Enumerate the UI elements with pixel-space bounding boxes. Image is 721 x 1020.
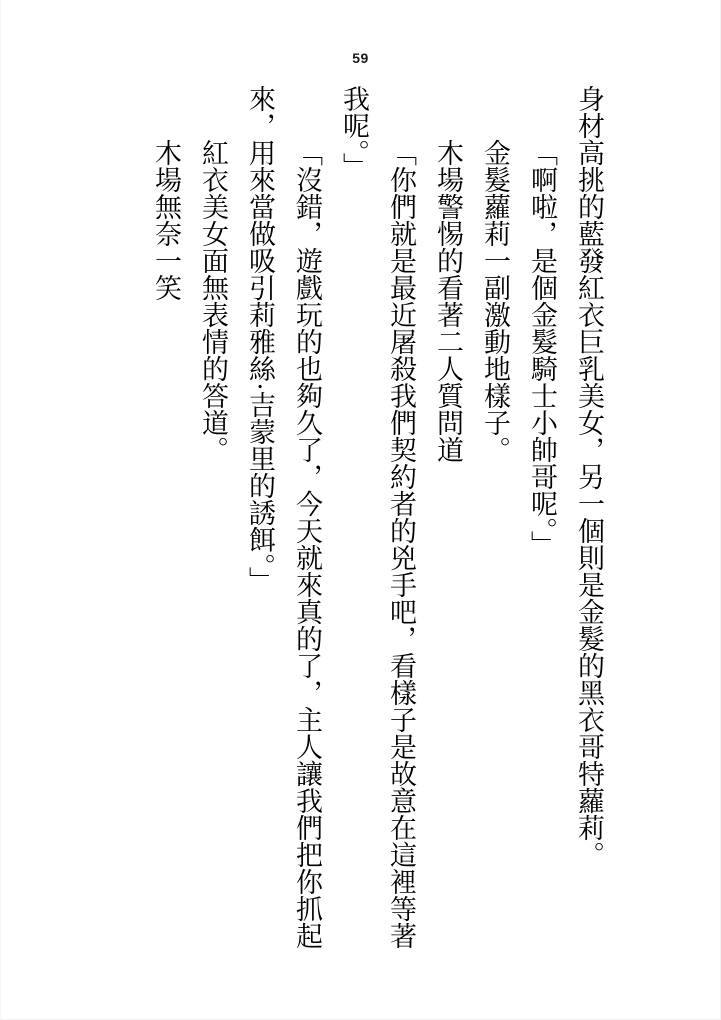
book-page: 59 身材高挑的藍發紅衣巨乳美女，另一個則是金髮的黑衣哥特蘿莉。 「啊啦，是個金… xyxy=(0,0,721,1020)
paragraph: 紅衣美女面無表情的答道。 xyxy=(189,85,236,951)
paragraph: 金髮蘿莉一副激動地樣子。 xyxy=(471,85,518,951)
novel-text-block: 身材高挑的藍發紅衣巨乳美女，另一個則是金髮的黑衣哥特蘿莉。 「啊啦，是個金髮騎士… xyxy=(142,85,612,951)
paragraph: 「你們就是最近屠殺我們契約者的兇手吧，看樣子是故意在這裡等著我呢。」 xyxy=(330,85,424,951)
paragraph: 木場警惕的看著二人質問道 xyxy=(424,85,471,951)
page-number: 59 xyxy=(0,50,721,66)
paragraph: 「沒錯，遊戲玩的也夠久了，今天就來真的了，主人讓我們把你抓起來，用來當做吸引莉雅… xyxy=(236,85,330,951)
paragraph: 木場無奈一笑 xyxy=(142,85,189,951)
paragraph: 身材高挑的藍發紅衣巨乳美女，另一個則是金髮的黑衣哥特蘿莉。 xyxy=(565,85,612,951)
paragraph: 「啊啦，是個金髮騎士小帥哥呢。」 xyxy=(518,85,565,951)
